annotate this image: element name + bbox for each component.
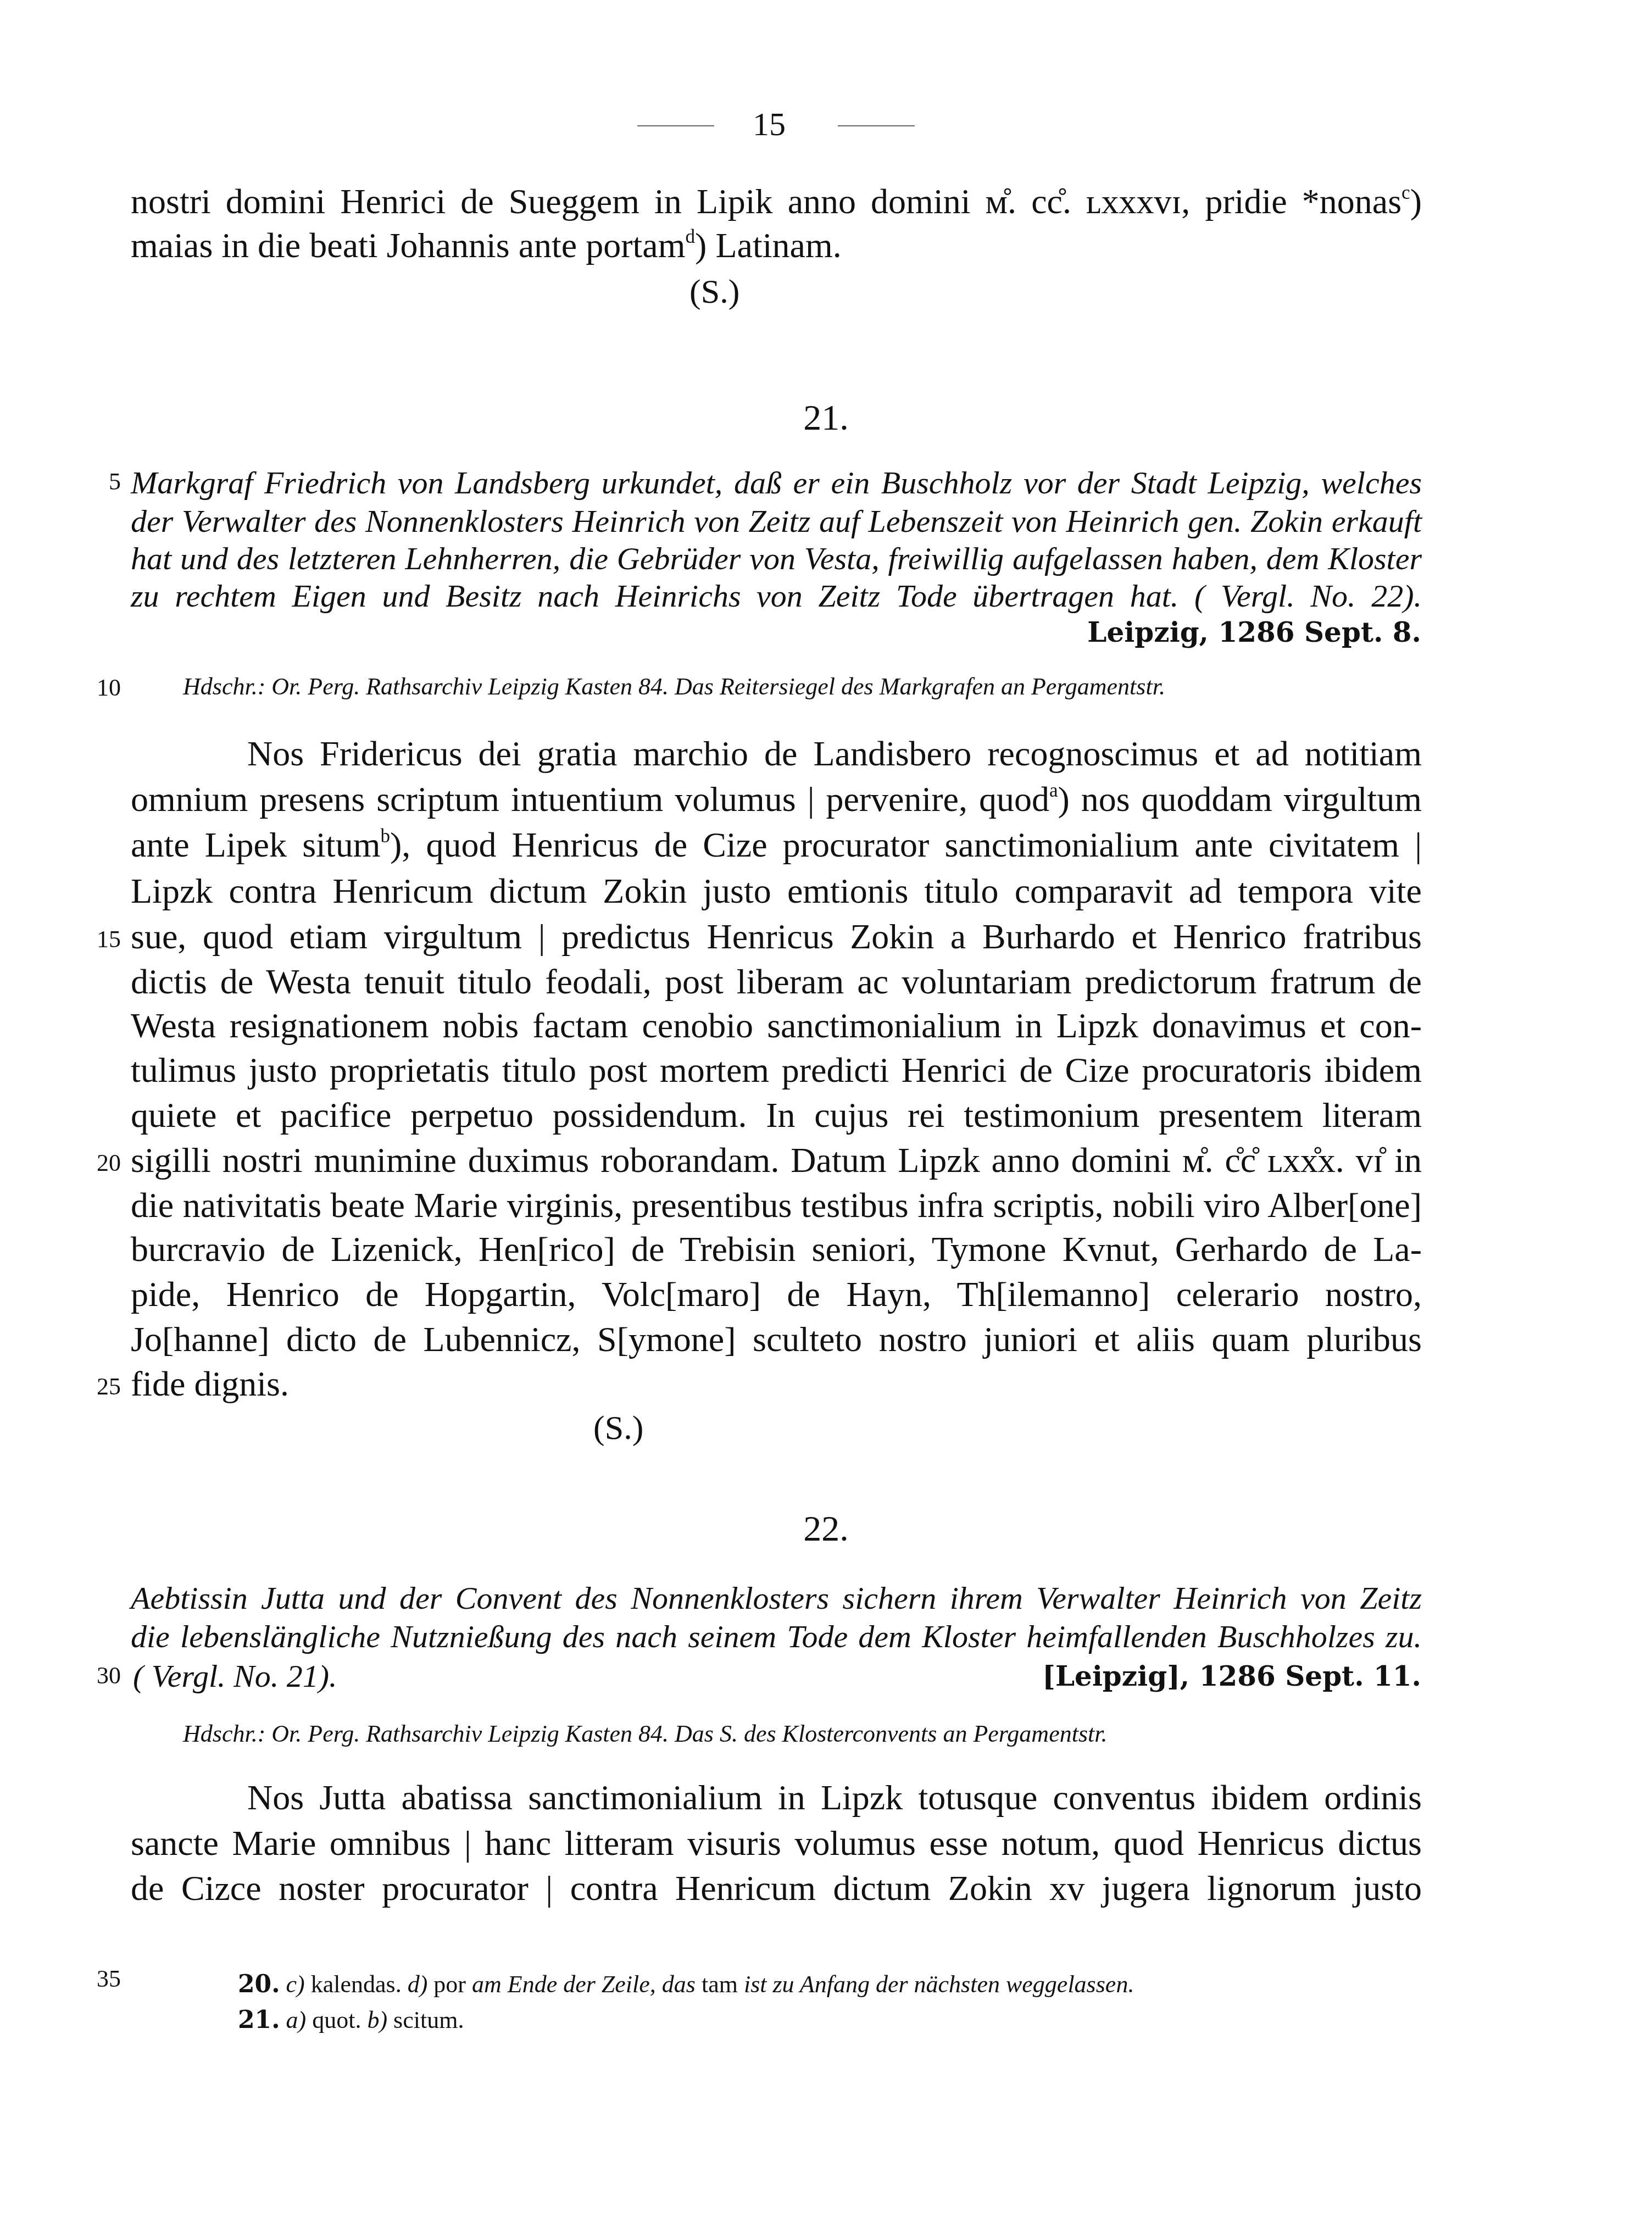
footnote-comment: ist zu Anfang der nächsten weggelassen. — [744, 1971, 1134, 1998]
regest-22-line-1: Aebtissin Jutta und der Convent des Nonn… — [131, 1582, 1422, 1614]
footnote-comment: am Ende der Zeile, das — [472, 1971, 696, 1998]
footnote-ref-b[interactable]: b — [380, 825, 390, 847]
seal-mark-21: (S.) — [593, 1411, 643, 1445]
footnote-letter-b: b) — [367, 2007, 387, 2033]
text-21-line-2-a: omnium presens scriptum intuentium volum… — [131, 780, 1049, 819]
footnote-doc-number: 20. — [238, 1970, 280, 1998]
text-21-line-3: ante Lipek situmb), quod Henricus de Ciz… — [131, 827, 1422, 863]
text-21-line-10: sigilli nostri munimine duximus roborand… — [131, 1143, 1422, 1178]
text-21-line-3-b: ), quod Henricus de Cize procurator sanc… — [390, 825, 1422, 864]
text-21-line-13: pide, Henrico de Hopgartin, Volc[maro] d… — [131, 1277, 1422, 1312]
footnote-text: kalendas. — [305, 1971, 408, 1998]
footnote-text: scitum. — [387, 2007, 464, 2033]
footnote-20: 20. c) kalendas. d) por am Ende der Zeil… — [238, 1972, 1134, 1997]
source-note-21: Hdschr.: Or. Perg. Rathsarchiv Leipzig K… — [183, 675, 1165, 699]
footnote-text: por — [427, 1971, 472, 1998]
line-number-5: 5 — [82, 470, 121, 494]
line-number-10: 10 — [82, 676, 121, 700]
regest-22-line-3: ( Vergl. No. 21). — [133, 1660, 337, 1692]
text-21-line-8: tulimus justo proprietatis titulo post m… — [131, 1053, 1422, 1088]
footnote-text: quot. — [306, 2007, 367, 2033]
document-number-21: 21. — [0, 400, 1652, 436]
text-21-line-9: quiete et pacifice perpetuo possidendum.… — [131, 1098, 1422, 1133]
continuation-paren: ) — [1410, 182, 1422, 221]
line-number-15: 15 — [82, 927, 121, 952]
text-21-line-7: Westa resignationem nobis factam cenobio… — [131, 1008, 1422, 1043]
source-note-22: Hdschr.: Or. Perg. Rathsarchiv Leipzig K… — [183, 1722, 1107, 1746]
text-21-line-15: fide dignis. — [131, 1366, 289, 1402]
footnote-ref-c[interactable]: c — [1401, 182, 1410, 203]
text-21-line-6: dictis de Westa tenuit titulo feodali, p… — [131, 964, 1422, 999]
footnote-text: tam — [696, 1971, 744, 1998]
footnote-ref-a[interactable]: a — [1049, 780, 1058, 801]
footnote-letter-c: c) — [286, 1971, 305, 1998]
footnote-ref-d[interactable]: d — [686, 226, 696, 247]
header-rule-right — [838, 125, 915, 126]
continuation-text-1: nostri domini Henrici de Sueggem in Lipi… — [131, 182, 1401, 221]
regest-21-line-3: hat und des letzteren Lehnherren, die Ge… — [131, 543, 1422, 575]
regest-21-line-4: zu rechtem Eigen und Besitz nach Heinric… — [131, 580, 1422, 612]
line-number-30: 30 — [82, 1664, 121, 1688]
regest-22-line-2: die lebenslängliche Nutznießung des nach… — [131, 1621, 1422, 1653]
document-number-22: 22. — [0, 1511, 1652, 1547]
text-21-line-11: die nativitatis beate Marie virginis, pr… — [131, 1188, 1422, 1223]
header-rule-left — [637, 125, 714, 126]
continuation-line-1: nostri domini Henrici de Sueggem in Lipi… — [131, 184, 1422, 219]
text-21-line-1: Nos Fridericus dei gratia marchio de Lan… — [247, 736, 1422, 771]
continuation-text-2-tail: ) Latinam. — [695, 226, 842, 265]
text-21-line-12: burcravio de Lizenick, Hen[rico] de Treb… — [131, 1232, 1422, 1267]
text-21-line-5: sue, quod etiam virgultum | predictus He… — [131, 919, 1422, 954]
footnote-doc-number: 21. — [238, 2006, 280, 2034]
seal-mark-20: (S.) — [689, 275, 739, 309]
text-21-line-3-a: ante Lipek situm — [131, 825, 380, 864]
line-number-20: 20 — [82, 1151, 121, 1175]
text-22-line-3: de Cizce noster procurator | contra Henr… — [131, 1871, 1422, 1906]
text-21-line-4: Lipzk contra Henricum dictum Zokin justo… — [131, 874, 1422, 909]
line-number-25: 25 — [82, 1375, 121, 1399]
continuation-text-2: maias in die beati Johannis ante portam — [131, 226, 686, 265]
line-number-35: 35 — [82, 1967, 121, 1991]
text-22-line-2: sancte Marie omnibus | hanc litteram vis… — [131, 1826, 1422, 1861]
footnote-letter-d: d) — [408, 1971, 428, 1998]
text-22-line-1: Nos Jutta abatissa sanctimonialium in Li… — [247, 1780, 1422, 1815]
date-21: Leipzig, 1286 Sept. 8. — [1087, 619, 1421, 646]
footnote-letter-a: a) — [286, 2007, 307, 2033]
text-21-line-2-b: ) nos quoddam virgultum — [1058, 780, 1422, 819]
page-number: 15 — [714, 108, 824, 141]
text-21-line-2: omnium presens scriptum intuentium volum… — [131, 782, 1422, 817]
text-21-line-14: Jo[hanne] dicto de Lubennicz, S[ymone] s… — [131, 1322, 1422, 1357]
regest-21-line-2: der Verwalter des Nonnenklosters Heinric… — [131, 505, 1422, 537]
date-22: [Leipzig], 1286 Sept. 11. — [1042, 1663, 1421, 1690]
regest-21-line-1: Markgraf Friedrich von Landsberg urkunde… — [131, 467, 1422, 499]
footnote-21: 21. a) quot. b) scitum. — [238, 2008, 464, 2032]
continuation-line-2: maias in die beati Johannis ante portamd… — [131, 228, 842, 263]
